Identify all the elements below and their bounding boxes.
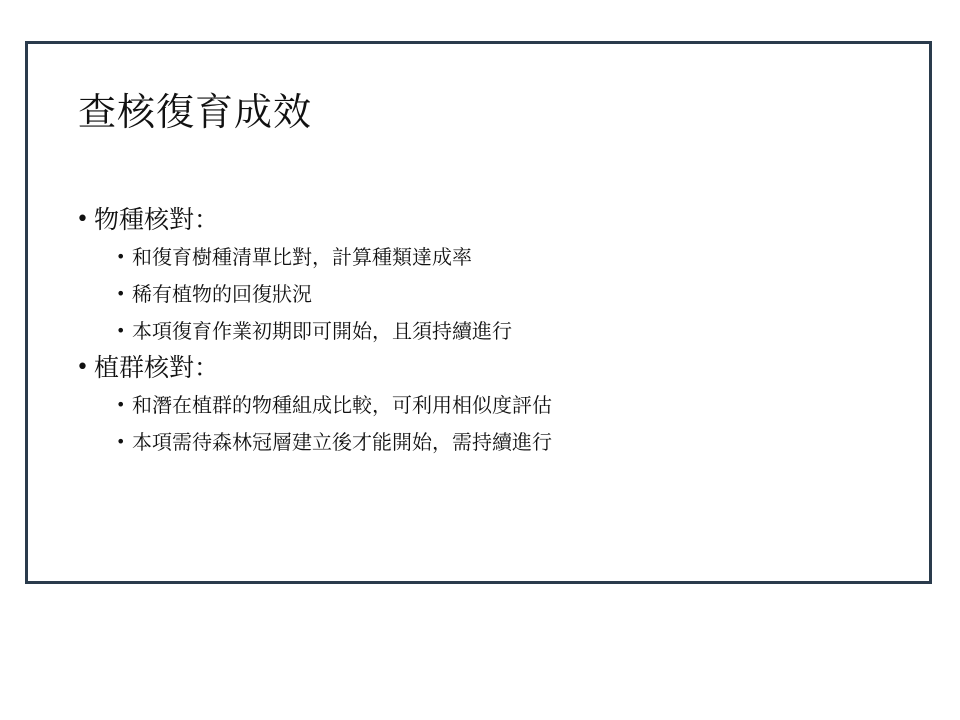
bullet-label: 物種核對： [94, 205, 219, 235]
bullet-item-vegetation-check: • 植群核對： [76, 349, 552, 386]
sub-bullet-item: • 和潛在植群的物種組成比較，可利用相似度評估 [76, 386, 552, 423]
sub-bullet-text: 稀有植物的回復狀況 [132, 281, 312, 307]
bullet-icon: • [116, 318, 132, 344]
bullet-icon: • [116, 392, 132, 418]
bullet-item-species-check: • 物種核對： [76, 201, 552, 238]
bullet-label: 植群核對： [94, 353, 219, 383]
slide-frame: 查核復育成效 • 物種核對： • 和復育樹種清單比對，計算種類達成率 • 稀有植… [25, 41, 932, 584]
bullet-icon: • [76, 205, 94, 235]
bullet-icon: • [76, 353, 94, 383]
sub-bullet-item: • 本項需待森林冠層建立後才能開始，需持續進行 [76, 423, 552, 460]
sub-bullet-text: 和潛在植群的物種組成比較，可利用相似度評估 [132, 392, 552, 418]
bullet-icon: • [116, 244, 132, 270]
sub-bullet-text: 本項復育作業初期即可開始，且須持續進行 [132, 318, 512, 344]
sub-bullet-text: 和復育樹種清單比對，計算種類達成率 [132, 244, 472, 270]
bullet-icon: • [116, 281, 132, 307]
bullet-list: • 物種核對： • 和復育樹種清單比對，計算種類達成率 • 稀有植物的回復狀況 … [76, 201, 552, 460]
sub-bullet-item: • 和復育樹種清單比對，計算種類達成率 [76, 238, 552, 275]
sub-bullet-item: • 本項復育作業初期即可開始，且須持續進行 [76, 312, 552, 349]
bullet-icon: • [116, 429, 132, 455]
sub-bullet-text: 本項需待森林冠層建立後才能開始，需持續進行 [132, 429, 552, 455]
sub-bullet-item: • 稀有植物的回復狀況 [76, 275, 552, 312]
slide-title: 查核復育成效 [78, 88, 312, 136]
